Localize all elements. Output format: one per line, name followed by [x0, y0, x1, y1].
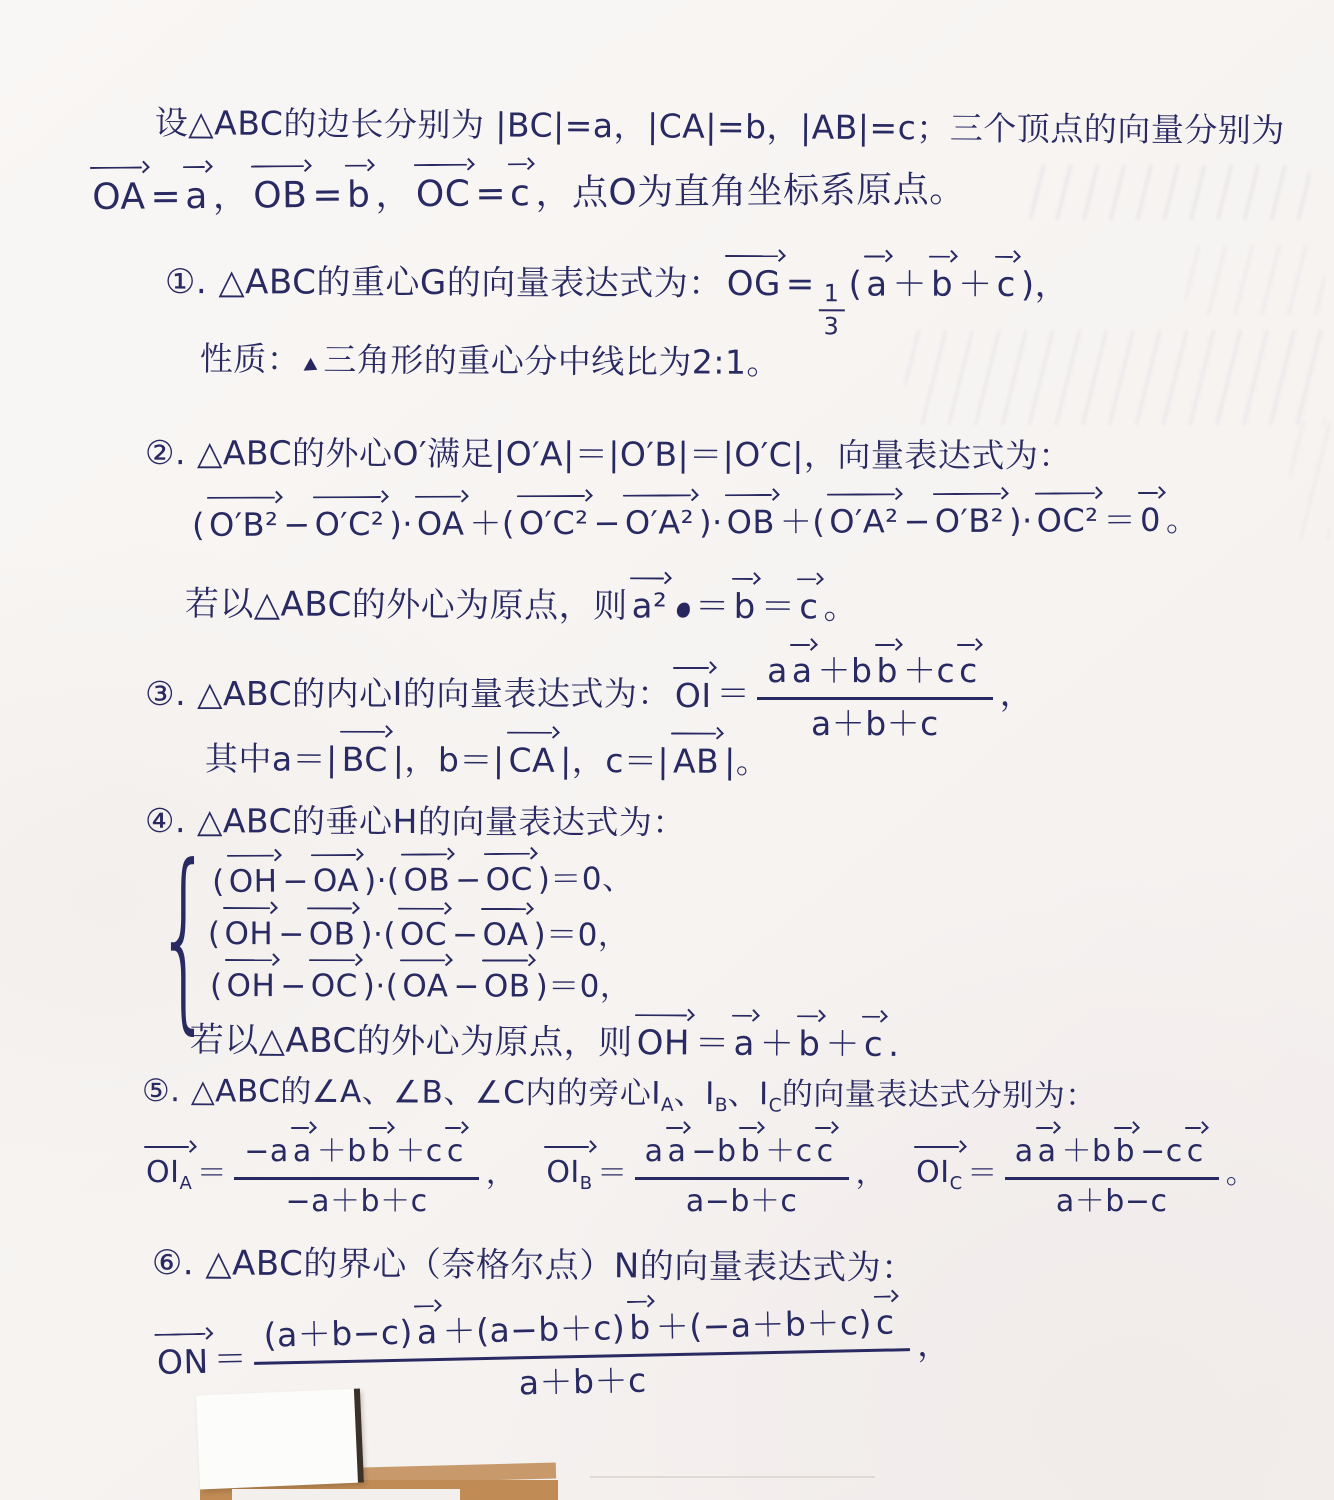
item-text: ⑥. △ABC的界心（奈格尔点）N的向量表达式为：	[152, 1243, 916, 1288]
fraction: −aa＋bb＋cc −a＋b＋c	[234, 1128, 479, 1219]
item-1-property: 性质：三角形的重心分中线比为2:1。	[200, 338, 780, 383]
math-text: ，	[213, 176, 250, 217]
fraction-numerator: aa＋bb＋cc	[757, 645, 993, 700]
fraction-denominator: −a＋b＋c	[286, 1180, 428, 1220]
vector-term: O′A²	[624, 499, 696, 542]
subscript: A	[661, 1095, 674, 1116]
math-text: ＋b	[1061, 1134, 1111, 1169]
vector-term: a	[865, 260, 890, 306]
math-text: OC²	[1037, 501, 1099, 539]
vector-term: c	[509, 168, 533, 216]
vector-term: O′C²	[518, 500, 591, 543]
math-text: OG	[727, 264, 781, 304]
item-text: 、I	[728, 1076, 769, 1112]
vector-term: b	[876, 649, 900, 690]
intro-line-2: OA=a，OB=b，OC=c，点O为直角坐标系原点。	[88, 164, 966, 220]
math-text: c	[1187, 1134, 1204, 1169]
math-text: ＋(−a＋b＋c)	[655, 1303, 872, 1347]
math-text: |，b＝|	[393, 740, 505, 780]
fraction-denominator: 3	[824, 312, 840, 341]
math-text: b	[931, 265, 953, 305]
math-text: ＋b	[317, 1134, 367, 1169]
vector-term: a	[1037, 1132, 1059, 1170]
math-text: ＋(a−b＋c)	[442, 1308, 625, 1351]
math-text: b	[629, 1308, 651, 1347]
math-text: a	[645, 1134, 664, 1169]
math-text: ＋c	[903, 651, 955, 690]
vector-term: b	[346, 170, 373, 218]
item-text: ①. △ABC的重心G的向量表达式为：	[165, 262, 723, 304]
item-2-circumcenter: ②. △ABC的外心O′满足|O′A|＝|O′B|＝|O′C|，向量表达式为：	[145, 432, 1072, 476]
math-text: OA	[482, 917, 528, 953]
paper-crease-line	[590, 1476, 875, 1478]
fraction: aa＋bb＋cc a＋b＋c	[757, 645, 993, 743]
vector-term: OA	[481, 913, 530, 955]
math-text: b	[371, 1134, 391, 1169]
vector-term: b	[370, 1132, 393, 1170]
math-text: O′B²	[209, 506, 278, 544]
subscript: C	[769, 1095, 782, 1116]
vector-term: OC²	[1036, 497, 1101, 540]
math-text: ＝	[213, 1338, 247, 1380]
vector-term: c	[863, 1021, 886, 1067]
vector-term: O′B²	[208, 502, 280, 545]
math-text: OA	[402, 968, 448, 1004]
math-text: 。	[1166, 501, 1199, 539]
system-brace: {	[156, 858, 212, 1019]
vector-term: c	[446, 1132, 466, 1170]
math-text: )·	[389, 505, 413, 543]
vector-term: b	[740, 1132, 763, 1170]
excenter-formula-B: OIB＝ aa−bb＋cc a−b＋c ，	[542, 1128, 886, 1219]
math-text: OB	[727, 503, 775, 541]
vector-term: OC	[415, 169, 473, 217]
vector-term: a	[791, 649, 815, 690]
vector-term: c	[798, 583, 820, 629]
math-text: OH	[227, 968, 276, 1004]
math-text: (	[848, 264, 862, 304]
fraction-numerator: 1	[819, 280, 845, 311]
fraction-numerator: −aa＋bb＋cc	[234, 1128, 479, 1180]
math-text: (a＋b−c)	[263, 1313, 413, 1355]
math-text: ＋b	[818, 651, 873, 690]
vector-term: OB	[308, 912, 358, 954]
vector-term: a	[415, 1310, 440, 1351]
math-text: (	[192, 506, 205, 544]
vector-term: c	[958, 649, 980, 690]
math-text: ，点O为直角坐标系原点。	[535, 169, 966, 214]
math-text: 0	[1140, 501, 1161, 539]
math-text: ＝	[967, 1155, 998, 1193]
math-text: 其中a＝|	[205, 739, 338, 779]
math-text: a	[767, 651, 788, 690]
math-text: )＝0，	[533, 917, 629, 953]
vector-term: OI	[674, 672, 714, 716]
fraction-denominator: a＋b＋c	[518, 1357, 647, 1403]
item-4-equation-2: (OH−OB)·(OC−OA)＝0，	[208, 912, 630, 955]
item-4-equation-1: (OH−OA)·(OB−OC)＝0、	[212, 857, 634, 902]
vector-term: ON	[156, 1338, 212, 1383]
math-text: OH	[224, 916, 273, 952]
math-text: )·(	[360, 917, 396, 953]
fraction: aa＋bb−cc a＋b−c	[1005, 1128, 1219, 1219]
math-text: BC	[342, 740, 388, 779]
math-text: ，	[1000, 673, 1034, 714]
fraction-denominator: a＋b＋c	[811, 700, 939, 743]
vector-term: b	[797, 1020, 822, 1066]
item-2-note: 若以△ABC的外心为原点，则a²＝b＝c。	[185, 580, 858, 629]
subscript: C	[950, 1173, 963, 1194]
ink-blot-icon	[677, 603, 690, 618]
property-label: 性质：	[200, 339, 301, 379]
item-5-excenters: ⑤. △ABC的∠A、∠B、∠C内的旁心IA、IB、IC的向量表达式分别为：	[142, 1072, 1097, 1119]
vector-term: BC	[341, 736, 390, 781]
math-text: )·(	[363, 968, 399, 1004]
math-text: a²	[632, 586, 668, 626]
vector-term: a	[184, 171, 210, 219]
math-text: OA	[417, 505, 465, 543]
math-text: OC	[311, 968, 358, 1004]
fraction-numerator: (a＋b−c)a＋(a−b＋c)b＋(−a＋b＋c)c	[253, 1296, 910, 1365]
vector-term: OIA	[145, 1151, 194, 1196]
vector-term: OC	[310, 964, 360, 1006]
vector-term: OH	[223, 912, 275, 954]
subscript: B	[580, 1173, 592, 1194]
math-text: b	[347, 175, 371, 216]
math-text: −	[282, 863, 309, 899]
math-text: c	[510, 173, 531, 214]
math-text: OB	[309, 916, 356, 952]
vector-term: OA	[416, 501, 467, 544]
math-text: −	[903, 502, 931, 540]
math-text: =	[150, 176, 181, 217]
math-text: OB	[403, 862, 450, 898]
vector-term: O′C²	[314, 501, 387, 544]
math-text: )·	[699, 503, 723, 541]
handwritten-notes-page: 设△ABC的边长分别为 |BC|=a，|CA|=b，|AB|=c；三个顶点的向量…	[0, 0, 1334, 1500]
item-4-equation-3: (OH−OC)·(OA−OB)＝0，	[210, 964, 632, 1006]
vector-term: OA	[91, 171, 148, 219]
math-text: a	[416, 1312, 438, 1351]
math-text: O′A²	[829, 502, 898, 540]
math-text: ＋	[958, 265, 993, 305]
math-text: ＝	[1103, 501, 1136, 539]
ink-bleedthrough	[1290, 420, 1330, 540]
item-text: 、I	[674, 1076, 715, 1112]
math-text: −c	[1140, 1134, 1183, 1169]
math-text: ＋	[825, 1024, 860, 1064]
math-text: OI	[675, 676, 712, 715]
math-text: −	[453, 968, 480, 1004]
math-text: O′A²	[625, 503, 694, 541]
math-text: ＋(	[469, 504, 515, 542]
math-text: −	[452, 917, 479, 953]
math-text: a	[792, 651, 813, 690]
vector-term: OC	[399, 913, 449, 955]
item-5-formulas: OIA＝ −aa＋bb＋cc −a＋b＋c ， OIB＝ aa−bb＋cc a−…	[142, 1128, 1256, 1219]
math-text: CA	[508, 741, 555, 780]
ink-bleedthrough	[1185, 245, 1325, 315]
vector-term: a²	[631, 582, 670, 628]
excenter-formula-C: OIC＝ aa＋bb−cc a＋b−c 。	[912, 1128, 1256, 1219]
math-text: c	[997, 265, 1016, 305]
math-text: ＋	[760, 1024, 795, 1064]
math-text: ＝	[695, 1024, 730, 1064]
math-text: OA	[92, 176, 146, 217]
math-text: 。	[1226, 1155, 1257, 1193]
math-text: OC	[400, 917, 447, 953]
math-text: ＝	[695, 587, 730, 627]
math-text: ，	[486, 1155, 517, 1193]
item-4-orthocenter: ④. △ABC的垂心H的向量表达式为：	[145, 800, 686, 843]
math-text: )，	[1021, 265, 1069, 305]
math-text: a	[293, 1134, 312, 1169]
vector-term: c	[996, 261, 1018, 307]
fraction-numerator: aa−bb＋cc	[635, 1128, 849, 1180]
math-text: ，	[375, 174, 412, 215]
vector-term: OIB	[545, 1151, 594, 1196]
vector-term: CA	[507, 737, 557, 782]
math-text: ＋	[893, 265, 928, 305]
math-text: b	[1116, 1134, 1136, 1169]
math-text: .	[888, 1025, 900, 1065]
vector-term: OB	[726, 499, 777, 542]
math-text: a	[1038, 1134, 1057, 1169]
vector-term: c	[1186, 1132, 1206, 1170]
math-text: OH	[229, 864, 278, 900]
math-text: −b	[691, 1134, 736, 1169]
math-text: ＋c	[765, 1134, 813, 1169]
vector-term: OC	[485, 858, 535, 900]
math-text: OC	[486, 862, 533, 898]
math-text: −	[278, 916, 305, 952]
vector-term: AB	[672, 737, 721, 782]
math-text: ，	[917, 1324, 951, 1366]
vector-term: OG	[726, 260, 783, 306]
math-text: OA	[313, 863, 359, 899]
ink-bleedthrough	[1030, 165, 1310, 220]
math-text: ＋c	[395, 1134, 443, 1169]
item-text: ②. △ABC的外心O′满足|O′A|＝|O′B|＝|O′C|，向量表达式为：	[145, 433, 1072, 475]
math-text: ＝	[761, 587, 796, 627]
vector-term: b	[733, 583, 758, 629]
ink-bleedthrough	[905, 330, 1325, 425]
vector-term: O′A²	[828, 498, 900, 541]
vector-term: b	[930, 261, 955, 307]
math-text: c	[864, 1025, 883, 1065]
vector-term: OH	[226, 964, 278, 1006]
fraction: aa−bb＋cc a−b＋c	[635, 1128, 849, 1219]
vector-term: 0	[1139, 497, 1163, 540]
paper-tab	[196, 1388, 364, 1489]
vector-term: OA	[401, 964, 450, 1006]
math-text: =	[312, 175, 343, 216]
math-text: O′C²	[519, 504, 589, 542]
math-text: )＝0、	[538, 861, 634, 898]
fraction-numerator: aa＋bb−cc	[1005, 1128, 1219, 1180]
property-text: 三角形的重心分中线比为2:1。	[323, 340, 780, 382]
vector-term: OB	[252, 170, 309, 218]
vector-term: OA	[312, 859, 361, 901]
math-text: OH	[637, 1023, 691, 1063]
math-text: 。	[823, 587, 858, 627]
vector-term: c	[874, 1300, 897, 1341]
math-text: (	[212, 864, 225, 900]
math-text: c	[959, 651, 978, 690]
math-text: b	[734, 587, 756, 627]
math-text: c	[799, 587, 818, 627]
math-text: −	[455, 862, 482, 898]
item-3-definitions: 其中a＝|BC|，b＝|CA|，c＝|AB|。	[205, 735, 770, 782]
math-text: )＝0，	[536, 969, 632, 1005]
math-text: −	[283, 505, 311, 543]
math-text: a	[1015, 1134, 1034, 1169]
item-2-equation: (O′B²−O′C²)·OA＋(O′C²−O′A²)·OB＋(O′A²−O′B²…	[192, 497, 1199, 545]
math-text: b	[877, 651, 898, 690]
math-text: b	[798, 1024, 820, 1064]
fraction-denominator: a＋b−c	[1056, 1180, 1168, 1220]
item-3-incenter: ③. △ABC的内心I的向量表达式为：OI＝ aa＋bb＋cc a＋b＋c ，	[145, 645, 1033, 743]
fraction: 13	[819, 280, 845, 341]
vector-term: b	[628, 1306, 653, 1347]
math-text: =	[786, 264, 815, 304]
math-text: O′B²	[935, 502, 1004, 540]
math-text: OB	[253, 175, 307, 216]
math-text: AB	[673, 741, 719, 780]
math-text: (	[208, 916, 221, 952]
math-text: OI	[546, 1155, 579, 1190]
math-text: OI	[916, 1155, 949, 1190]
math-text: a	[668, 1134, 687, 1169]
intro-line-1: 设△ABC的边长分别为 |BC|=a，|CA|=b，|AB|=c；三个顶点的向量…	[155, 102, 1285, 151]
vector-term: OH	[228, 860, 280, 902]
vector-term: a	[292, 1132, 314, 1170]
fraction-denominator: a−b＋c	[686, 1180, 798, 1220]
intro-text: 设△ABC的边长分别为 |BC|=a，|CA|=b，|AB|=c；三个顶点的向量…	[155, 103, 1285, 150]
math-text: c	[875, 1302, 894, 1341]
math-text: −a	[244, 1134, 289, 1169]
math-text: b	[741, 1134, 761, 1169]
paper-tab-underlay	[232, 1489, 460, 1500]
math-text: (	[210, 968, 223, 1004]
math-text: OC	[416, 174, 471, 215]
math-text: ＝	[597, 1155, 628, 1193]
math-text: ON	[157, 1342, 209, 1382]
math-text: |，c＝|	[560, 741, 669, 781]
math-text: a	[866, 264, 887, 304]
excenter-formula-A: OIA＝ −aa＋bb＋cc −a＋b＋c ，	[142, 1128, 516, 1219]
ink-blot-icon	[302, 358, 317, 371]
math-text: O′C²	[315, 505, 385, 543]
note-text: 若以△ABC的外心为原点，则	[190, 1020, 633, 1063]
item-text: ⑤. △ABC的∠A、∠B、∠C内的旁心I	[142, 1073, 661, 1112]
item-6-nagel-point: ⑥. △ABC的界心（奈格尔点）N的向量表达式为：	[152, 1242, 916, 1290]
math-text: a	[733, 1024, 755, 1064]
math-text: OI	[146, 1155, 179, 1190]
vector-term: c	[816, 1132, 836, 1170]
item-4-note: 若以△ABC的外心为原点，则OH＝a＋b＋c.	[190, 1016, 900, 1066]
math-text: c	[817, 1134, 834, 1169]
math-text: )·	[1009, 502, 1033, 540]
math-text: ，	[856, 1155, 887, 1193]
vector-term: a	[667, 1132, 689, 1170]
note-text: 若以△ABC的外心为原点，则	[185, 584, 628, 626]
math-text: OB	[484, 968, 531, 1004]
math-text: ＝	[717, 673, 751, 714]
item-text: 的向量表达式分别为：	[782, 1076, 1097, 1114]
math-text: ＝	[197, 1155, 228, 1193]
math-text: =	[475, 173, 506, 214]
vector-term: O′B²	[934, 498, 1006, 541]
item-text: ④. △ABC的垂心H的向量表达式为：	[145, 801, 686, 842]
vector-term: a	[732, 1020, 757, 1066]
vector-term: OH	[636, 1019, 693, 1065]
subscript: B	[715, 1095, 728, 1116]
math-text: ＋(	[780, 503, 826, 541]
vector-term: OB	[402, 858, 452, 900]
math-text: |。	[724, 742, 769, 781]
math-text: −	[593, 504, 621, 542]
math-text: a	[185, 176, 208, 217]
vector-term: OIC	[915, 1151, 964, 1196]
math-text: )·(	[364, 863, 400, 899]
math-text: c	[447, 1134, 464, 1169]
item-text: ③. △ABC的内心I的向量表达式为：	[145, 673, 671, 714]
vector-term: OB	[483, 964, 533, 1006]
subscript: A	[179, 1173, 191, 1194]
vector-term: b	[1115, 1132, 1138, 1170]
math-text: −	[280, 968, 307, 1004]
